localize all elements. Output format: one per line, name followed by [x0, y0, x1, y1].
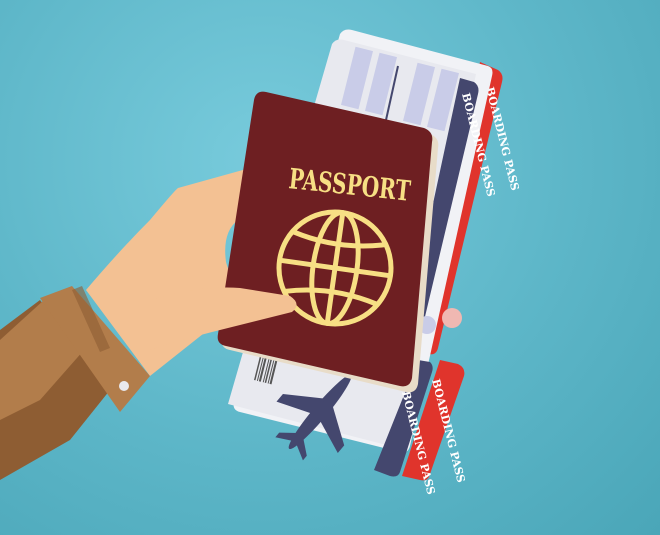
- illustration-scene: BOARDING PASS BOARDING PASS: [0, 0, 660, 535]
- illustration: BOARDING PASS BOARDING PASS: [0, 0, 660, 535]
- passport: PASSPORT: [218, 92, 439, 393]
- button-icon: [119, 381, 129, 391]
